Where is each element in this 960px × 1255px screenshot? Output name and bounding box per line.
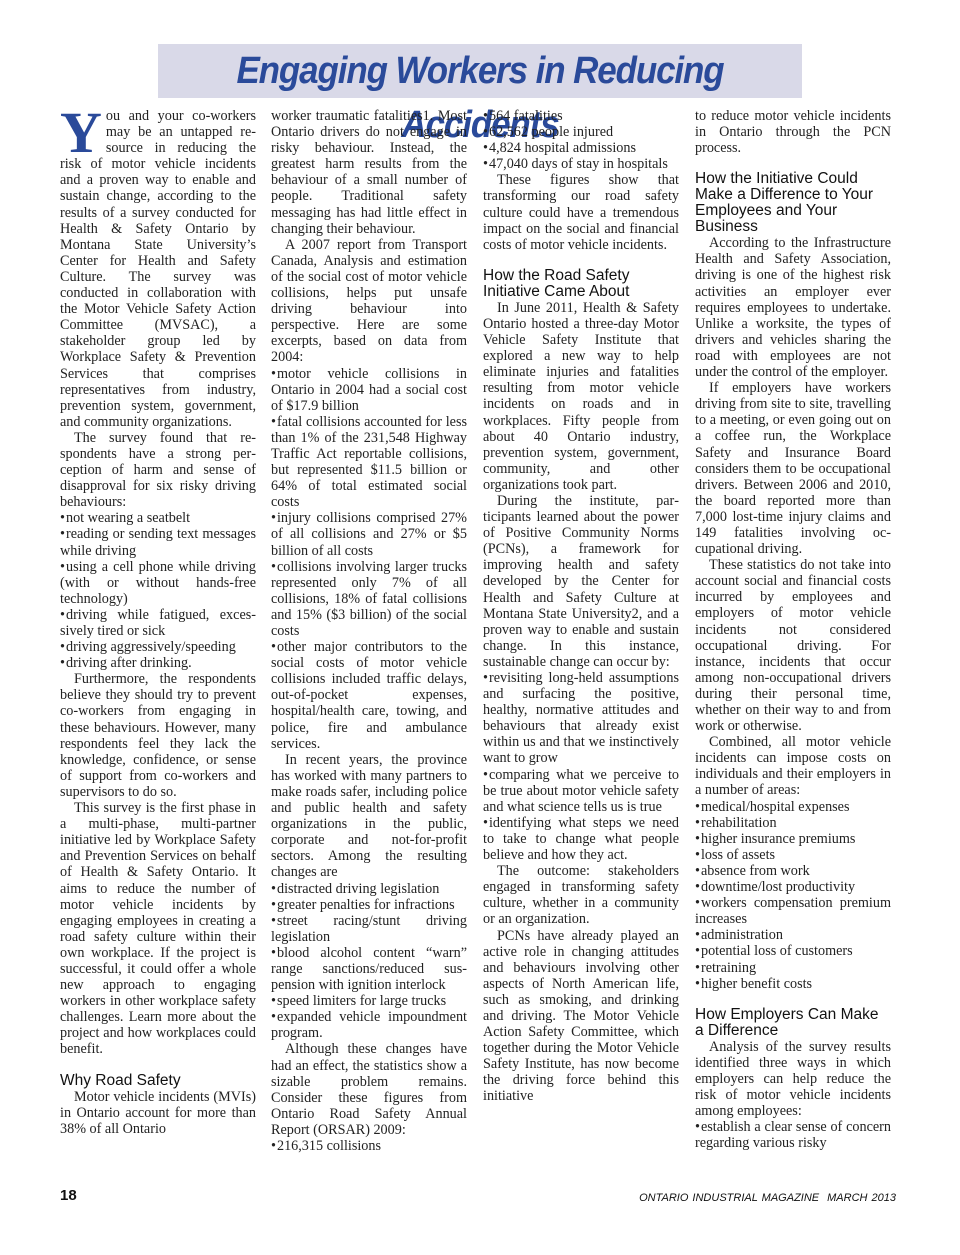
list-item: loss of assets [695,847,891,863]
list-item: distracted driving legislation [271,881,467,897]
costs-list: medical/hospital expenses rehabilitation… [695,799,891,992]
paragraph: In recent years, the prov­ince has worke… [271,752,467,881]
paragraph: According to the Infrastruc­ture Health … [695,235,891,380]
paragraph: PCNs have already played an active role … [483,928,679,1105]
paragraph: The survey found that re­spondents have … [60,430,256,510]
figures-list: 216,315 collisions [271,1138,467,1154]
list-item: not wearing a seatbelt [60,510,256,526]
excerpts-list: motor vehicle collisions in Ontario in 2… [271,366,467,752]
list-item: rehabilitation [695,815,891,831]
figures-list-continued: 564 fatalities 62,562 people injured 4,8… [483,108,679,172]
list-item: collisions involving larger trucks repre… [271,559,467,639]
list-item: blood alcohol content “warn” range sanct… [271,945,467,993]
paragraph: worker traumatic fatalities1. Most Ontar… [271,108,467,237]
list-item: 62,562 people injured [483,124,679,140]
drop-cap: Y [60,110,102,156]
list-item: comparing what we perceive to be true ab… [483,767,679,815]
paragraph: During the institute, par­ticipants lear… [483,493,679,670]
paragraph: Although these changes have had an effec… [271,1041,467,1138]
list-item: downtime/lost productivity [695,879,891,895]
list-item: establish a clear sense of con­cern rega… [695,1119,891,1151]
paragraph: If employers have workers driving from s… [695,380,891,557]
list-item: other major contributors to the social c… [271,639,467,752]
paragraph: Motor vehicle incidents (MVIs) in Ontari… [60,1089,256,1137]
list-item: administration [695,927,891,943]
list-item: injury collisions comprised 27% of all c… [271,510,467,558]
list-item: fatal collisions accounted for less than… [271,414,467,511]
paragraph: This survey is the first phase in a mult… [60,800,256,1058]
column-2: worker traumatic fatalities1. Most Ontar… [271,108,467,1154]
list-item: 564 fatalities [483,108,679,124]
list-item: driving aggressively/speeding [60,639,256,655]
list-item: workers compensation pre­mium increases [695,895,891,927]
paragraph: A 2007 report from Trans­port Canada, An… [271,237,467,366]
page-number: 18 [60,1187,77,1204]
list-item: 216,315 collisions [271,1138,467,1154]
issue-date: MARCH 2013 [827,1192,896,1204]
column-4: to reduce motor vehicle inci­dents in On… [695,108,891,1151]
list-item: speed limiters for large trucks [271,993,467,1009]
paragraph: These statistics do not take into accoun… [695,557,891,734]
paragraph: In June 2011, Health & Safety Ontario ho… [483,300,679,493]
section-heading: How Employers Can Make a Difference [695,1007,891,1039]
change-steps-list: revisiting long-held assump­tions and su… [483,670,679,863]
list-item: street racing/stunt driving legislation [271,913,467,945]
list-item: medical/hospital expenses [695,799,891,815]
list-item: identifying what steps we need to take t… [483,815,679,863]
section-heading: How the Initiative Could Make a Differen… [695,171,891,235]
paragraph: These figures show that transforming our… [483,172,679,252]
list-item: using a cell phone while driv­ing (with … [60,559,256,607]
paragraph: Furthermore, the respon­dents believe th… [60,671,256,800]
section-heading: Why Road Safety [60,1073,256,1089]
list-item: revisiting long-held assump­tions and su… [483,670,679,767]
column-3: 564 fatalities 62,562 people injured 4,8… [483,108,679,1105]
list-item: reading or sending text mes­sages while … [60,526,256,558]
column-1: You and your co-workers may be an untapp… [60,108,256,1137]
list-item: greater penalties for infrac­tions [271,897,467,913]
intro-paragraph: You and your co-workers may be an untapp… [60,108,256,430]
risky-behaviours-list: not wearing a seatbelt reading or sendin… [60,510,256,671]
title-banner: Engaging Workers in Reducing Accidents [158,44,802,98]
list-item: higher benefit costs [695,976,891,992]
paragraph: to reduce motor vehicle inci­dents in On… [695,108,891,156]
list-item: driving after drinking. [60,655,256,671]
footer: ONTARIO INDUSTRIAL MAGAZINEMARCH 2013 [639,1192,896,1204]
paragraph: Combined, all motor vehicle incidents ca… [695,734,891,798]
section-heading: How the Road Safety Initiative Came Abou… [483,268,679,300]
list-item: 4,824 hospital admissions [483,140,679,156]
paragraph: Analysis of the survey results identifie… [695,1039,891,1119]
list-item: expanded vehicle impound­ment program. [271,1009,467,1041]
changes-list: distracted driving legislation greater p… [271,881,467,1042]
list-item: 47,040 days of stay in hospi­tals [483,156,679,172]
publication-name: ONTARIO INDUSTRIAL MAGAZINE [639,1192,819,1204]
employer-actions-list: establish a clear sense of con­cern rega… [695,1119,891,1151]
list-item: higher insurance premiums [695,831,891,847]
list-item: driving while fatigued, exces­sively tir… [60,607,256,639]
list-item: potential loss of customers [695,943,891,959]
list-item: motor vehicle collisions in Ontario in 2… [271,366,467,414]
paragraph: The outcome: stakeholders engaged in tra… [483,863,679,927]
list-item: absence from work [695,863,891,879]
list-item: retraining [695,960,891,976]
